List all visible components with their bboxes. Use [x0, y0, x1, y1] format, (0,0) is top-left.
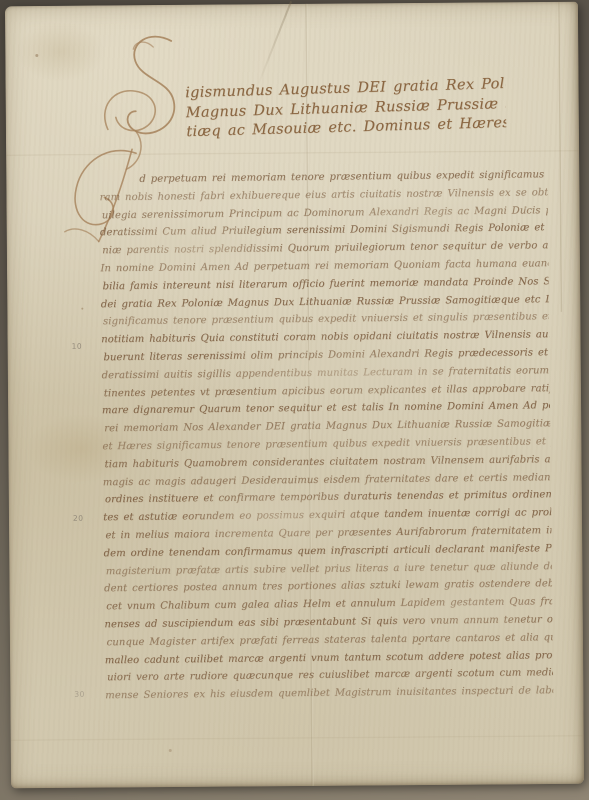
pencil-line-number: 10 — [72, 342, 83, 351]
ink-speck — [35, 54, 38, 57]
fold-crease-diagonal — [256, 1, 292, 87]
manuscript-scan: igismundus Augustus DEI gratia Rex Polon… — [0, 0, 589, 800]
manuscript-page: igismundus Augustus DEI gratia Rex Polon… — [5, 2, 584, 788]
ink-speck — [81, 308, 83, 310]
manuscript-body: d perpetuam rei memoriam tenore præsenti… — [99, 166, 553, 705]
pencil-line-number: 30 — [74, 690, 85, 699]
fold-crease-horizontal-bottom — [11, 735, 584, 742]
paper-stain — [15, 21, 105, 82]
pencil-line-number: 20 — [73, 514, 84, 523]
royal-intitulatio: igismundus Augustus DEI gratia Rex Polon… — [185, 75, 507, 143]
manuscript-line: mense Seniores ex his eiusdem quemlibet … — [105, 682, 553, 705]
ink-speck — [169, 749, 172, 752]
fold-crease-vertical-right — [558, 2, 562, 312]
